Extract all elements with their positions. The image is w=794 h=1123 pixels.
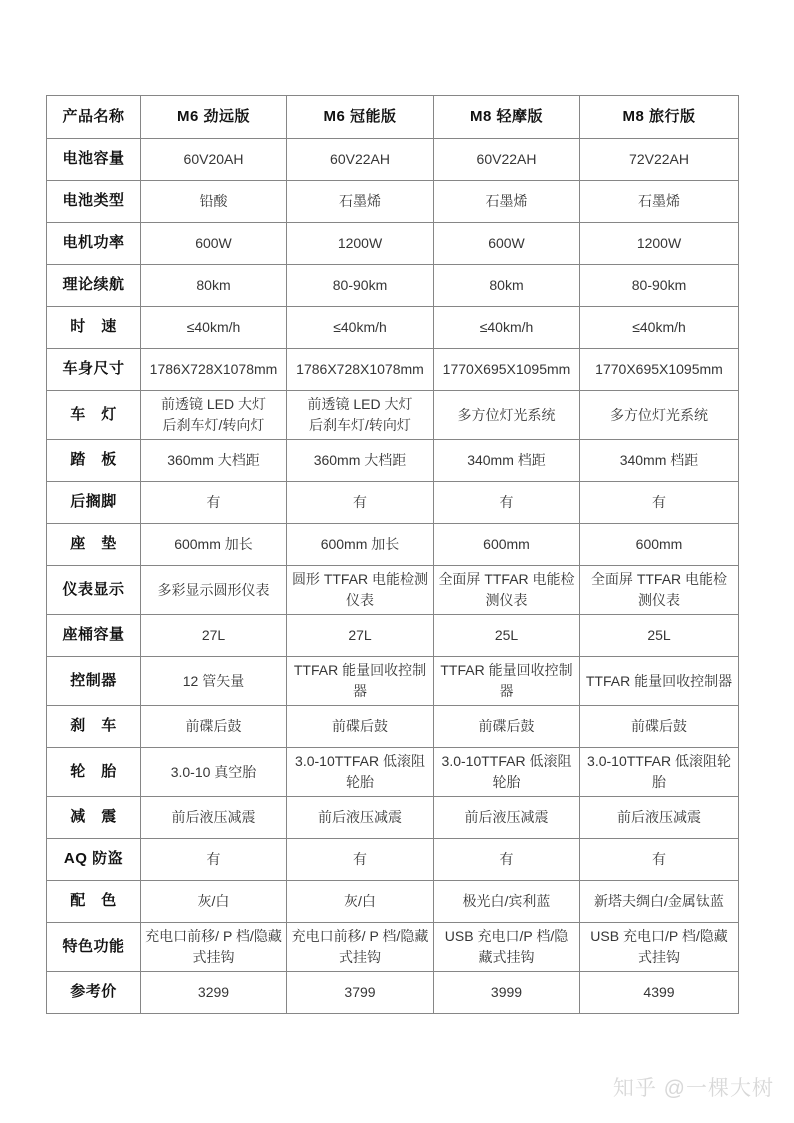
spec-cell: 1786X728X1078mm (287, 349, 434, 391)
spec-cell: 27L (287, 615, 434, 657)
spec-cell: 600mm (434, 524, 580, 566)
spec-cell: 充电口前移/ P 档/隐藏式挂钩 (287, 923, 434, 972)
spec-cell: ≤40km/h (434, 307, 580, 349)
spec-cell: 充电口前移/ P 档/隐藏式挂钩 (141, 923, 287, 972)
row-label: 控制器 (47, 657, 141, 706)
row-label: 时 速 (47, 307, 141, 349)
row-label: 刹 车 (47, 706, 141, 748)
spec-cell: 1770X695X1095mm (580, 349, 739, 391)
watermark-credit: 知乎 @一棵大树 (613, 1072, 774, 1102)
spec-cell: 全面屏 TTFAR 电能检测仪表 (434, 566, 580, 615)
spec-cell: TTFAR 能量回收控制器 (580, 657, 739, 706)
row-label: 踏 板 (47, 440, 141, 482)
table-row: 座桶容量27L27L25L25L (47, 615, 739, 657)
spec-cell: 60V22AH (434, 139, 580, 181)
spec-cell: 340mm 档距 (580, 440, 739, 482)
table-row: 参考价3299379939994399 (47, 972, 739, 1014)
spec-cell: 3799 (287, 972, 434, 1014)
spec-cell: 1770X695X1095mm (434, 349, 580, 391)
spec-cell: 600W (141, 223, 287, 265)
spec-cell: 60V22AH (287, 139, 434, 181)
spec-cell: 全面屏 TTFAR 电能检测仪表 (580, 566, 739, 615)
spec-cell: 600mm (580, 524, 739, 566)
spec-cell: 前透镜 LED 大灯 后刹车灯/转向灯 (287, 391, 434, 440)
table-row: 座 垫600mm 加长600mm 加长600mm600mm (47, 524, 739, 566)
spec-cell: 3.0-10TTFAR 低滚阻轮胎 (434, 748, 580, 797)
table-row: AQ 防盗有有有有 (47, 839, 739, 881)
row-label: 仪表显示 (47, 566, 141, 615)
spec-cell: 前后液压减震 (141, 797, 287, 839)
row-label: 参考价 (47, 972, 141, 1014)
row-label: 车 灯 (47, 391, 141, 440)
spec-cell: 600mm 加长 (141, 524, 287, 566)
table-row: 减 震前后液压减震前后液压减震前后液压减震前后液压减震 (47, 797, 739, 839)
spec-cell: 1786X728X1078mm (141, 349, 287, 391)
spec-cell: 石墨烯 (434, 181, 580, 223)
spec-cell: 圆形 TTFAR 电能检测仪表 (287, 566, 434, 615)
spec-cell: USB 充电口/P 档/隐藏式挂钩 (434, 923, 580, 972)
spec-cell: USB 充电口/P 档/隐藏式挂钩 (580, 923, 739, 972)
spec-cell: 1200W (287, 223, 434, 265)
spec-cell: 前碟后鼓 (580, 706, 739, 748)
spec-cell: 前透镜 LED 大灯 后刹车灯/转向灯 (141, 391, 287, 440)
spec-cell: 前后液压减震 (580, 797, 739, 839)
row-label: 电机功率 (47, 223, 141, 265)
spec-cell: 前后液压减震 (287, 797, 434, 839)
spec-cell: 有 (287, 482, 434, 524)
spec-cell: 25L (580, 615, 739, 657)
table-row: 电池容量60V20AH60V22AH60V22AH72V22AH (47, 139, 739, 181)
spec-cell: 3.0-10TTFAR 低滚阻轮胎 (287, 748, 434, 797)
spec-cell: 80km (141, 265, 287, 307)
spec-cell: 25L (434, 615, 580, 657)
row-label: 座桶容量 (47, 615, 141, 657)
table-row: 刹 车前碟后鼓前碟后鼓前碟后鼓前碟后鼓 (47, 706, 739, 748)
table-row: 配 色灰/白灰/白极光白/宾利蓝新塔夫绸白/金属钛蓝 (47, 881, 739, 923)
spec-cell: 360mm 大档距 (141, 440, 287, 482)
spec-cell: 340mm 档距 (434, 440, 580, 482)
spec-cell: 有 (580, 839, 739, 881)
table-row: 仪表显示多彩显示圆形仪表圆形 TTFAR 电能检测仪表全面屏 TTFAR 电能检… (47, 566, 739, 615)
row-label: 轮 胎 (47, 748, 141, 797)
spec-cell: 有 (434, 482, 580, 524)
spec-cell: 27L (141, 615, 287, 657)
product-spec-table: 产品名称 M6 劲远版 M6 冠能版 M8 轻摩版 M8 旅行版 电池容量60V… (46, 95, 739, 1014)
table-row: 车 灯前透镜 LED 大灯 后刹车灯/转向灯前透镜 LED 大灯 后刹车灯/转向… (47, 391, 739, 440)
row-label: 减 震 (47, 797, 141, 839)
table-row: 后搁脚有有有有 (47, 482, 739, 524)
header-product-m6-guanneng: M6 冠能版 (287, 96, 434, 139)
spec-cell: 多方位灯光系统 (580, 391, 739, 440)
spec-cell: 3999 (434, 972, 580, 1014)
row-label: 配 色 (47, 881, 141, 923)
spec-cell: 4399 (580, 972, 739, 1014)
spec-cell: 有 (141, 839, 287, 881)
spec-cell: 石墨烯 (287, 181, 434, 223)
spec-cell: TTFAR 能量回收控制器 (287, 657, 434, 706)
row-label: 电池类型 (47, 181, 141, 223)
spec-table-body: 电池容量60V20AH60V22AH60V22AH72V22AH电池类型铅酸石墨… (47, 139, 739, 1014)
spec-cell: 600mm 加长 (287, 524, 434, 566)
header-product-m8-lvxing: M8 旅行版 (580, 96, 739, 139)
spec-cell: ≤40km/h (141, 307, 287, 349)
table-row: 理论续航80km80-90km80km80-90km (47, 265, 739, 307)
spec-cell: 12 管矢量 (141, 657, 287, 706)
spec-cell: 石墨烯 (580, 181, 739, 223)
header-product-m6-jinyuan: M6 劲远版 (141, 96, 287, 139)
row-label: 车身尺寸 (47, 349, 141, 391)
spec-cell: 3299 (141, 972, 287, 1014)
spec-cell: 前后液压减震 (434, 797, 580, 839)
spec-cell: 多彩显示圆形仪表 (141, 566, 287, 615)
table-row: 控制器12 管矢量TTFAR 能量回收控制器TTFAR 能量回收控制器TTFAR… (47, 657, 739, 706)
header-corner-label: 产品名称 (47, 96, 141, 139)
spec-cell: 铅酸 (141, 181, 287, 223)
row-label: 座 垫 (47, 524, 141, 566)
spec-cell: 前碟后鼓 (141, 706, 287, 748)
spec-cell: 有 (434, 839, 580, 881)
spec-cell: 80km (434, 265, 580, 307)
spec-cell: 极光白/宾利蓝 (434, 881, 580, 923)
table-row: 车身尺寸1786X728X1078mm1786X728X1078mm1770X6… (47, 349, 739, 391)
table-row: 轮 胎3.0-10 真空胎3.0-10TTFAR 低滚阻轮胎3.0-10TTFA… (47, 748, 739, 797)
header-product-m8-qingmo: M8 轻摩版 (434, 96, 580, 139)
row-label: 电池容量 (47, 139, 141, 181)
table-row: 时 速≤40km/h≤40km/h≤40km/h≤40km/h (47, 307, 739, 349)
spec-cell: 60V20AH (141, 139, 287, 181)
spec-cell: 360mm 大档距 (287, 440, 434, 482)
spec-cell: 1200W (580, 223, 739, 265)
spec-cell: 前碟后鼓 (434, 706, 580, 748)
spec-cell: 3.0-10 真空胎 (141, 748, 287, 797)
spec-cell: 有 (580, 482, 739, 524)
spec-cell: 有 (287, 839, 434, 881)
spec-cell: ≤40km/h (287, 307, 434, 349)
spec-cell: ≤40km/h (580, 307, 739, 349)
table-header-row: 产品名称 M6 劲远版 M6 冠能版 M8 轻摩版 M8 旅行版 (47, 96, 739, 139)
spec-cell: 3.0-10TTFAR 低滚阻轮胎 (580, 748, 739, 797)
spec-cell: 灰/白 (287, 881, 434, 923)
row-label: 理论续航 (47, 265, 141, 307)
row-label: AQ 防盗 (47, 839, 141, 881)
spec-cell: 600W (434, 223, 580, 265)
spec-cell: 80-90km (580, 265, 739, 307)
spec-cell: 80-90km (287, 265, 434, 307)
table-row: 电机功率600W1200W600W1200W (47, 223, 739, 265)
table-row: 特色功能充电口前移/ P 档/隐藏式挂钩充电口前移/ P 档/隐藏式挂钩USB … (47, 923, 739, 972)
spec-cell: TTFAR 能量回收控制器 (434, 657, 580, 706)
table-row: 踏 板360mm 大档距360mm 大档距340mm 档距340mm 档距 (47, 440, 739, 482)
spec-cell: 灰/白 (141, 881, 287, 923)
spec-cell: 有 (141, 482, 287, 524)
page: 产品名称 M6 劲远版 M6 冠能版 M8 轻摩版 M8 旅行版 电池容量60V… (0, 0, 794, 1123)
spec-cell: 新塔夫绸白/金属钛蓝 (580, 881, 739, 923)
spec-cell: 72V22AH (580, 139, 739, 181)
table-row: 电池类型铅酸石墨烯石墨烯石墨烯 (47, 181, 739, 223)
row-label: 后搁脚 (47, 482, 141, 524)
spec-cell: 前碟后鼓 (287, 706, 434, 748)
row-label: 特色功能 (47, 923, 141, 972)
spec-cell: 多方位灯光系统 (434, 391, 580, 440)
